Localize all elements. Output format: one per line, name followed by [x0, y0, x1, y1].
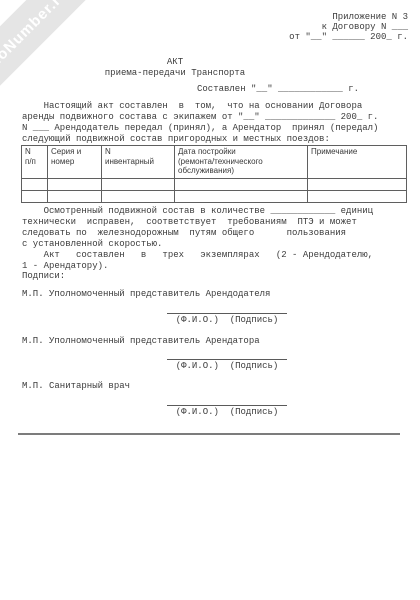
rolling-stock-table: N п/п Серия и номер N инвентарный Дата п…: [21, 145, 407, 203]
table-cell: [48, 190, 102, 202]
table-cell: [22, 178, 48, 190]
intro-paragraph: Настоящий акт составлен в том, что на ос…: [22, 101, 378, 145]
appendix-note: Приложение N 3 к Договору N ___ от "__" …: [289, 12, 408, 42]
table-header-row: N п/п Серия и номер N инвентарный Дата п…: [22, 146, 407, 179]
table-row: [22, 190, 407, 202]
signature-caption: (Ф.И.О.) (Подпись): [157, 315, 297, 326]
table-header-npp: N п/п: [22, 146, 48, 179]
signature-title-sanitary-doctor: М.П. Санитарный врач: [22, 381, 130, 392]
table-cell: [22, 190, 48, 202]
document-page: NoNumber.ru Приложение N 3 к Договору N …: [0, 0, 420, 600]
table-cell: [102, 178, 175, 190]
signature-title-lessee: М.П. Уполномоченный представитель Аренда…: [22, 336, 260, 347]
table-header-inventory: N инвентарный: [102, 146, 175, 179]
document-title: АКТ приема-передачи Транспорта: [22, 57, 328, 79]
table-cell: [102, 190, 175, 202]
table-row: [22, 178, 407, 190]
signature-caption: (Ф.И.О.) (Подпись): [157, 361, 297, 372]
signature-line: [167, 313, 287, 314]
signature-title-lessor: М.П. Уполномоченный представитель Арендо…: [22, 289, 270, 300]
signature-caption: (Ф.И.О.) (Подпись): [157, 407, 297, 418]
watermark-ribbon: NoNumber.ru: [0, 0, 99, 99]
signature-line: [167, 405, 287, 406]
table-cell: [48, 178, 102, 190]
inspection-paragraph: Осмотренный подвижной состав в количеств…: [22, 206, 373, 272]
table-header-build-date: Дата постройки (ремонта/технического обс…: [175, 146, 308, 179]
table-cell: [308, 190, 407, 202]
table-header-series: Серия и номер: [48, 146, 102, 179]
table-header-note: Примечание: [308, 146, 407, 179]
compiled-date-line: Составлен "__" ____________ г.: [197, 84, 359, 95]
signatures-label: Подписи:: [22, 271, 65, 282]
table-cell: [308, 178, 407, 190]
signature-line: [167, 359, 287, 360]
table-cell: [175, 190, 308, 202]
page-divider: [18, 433, 400, 435]
table-cell: [175, 178, 308, 190]
